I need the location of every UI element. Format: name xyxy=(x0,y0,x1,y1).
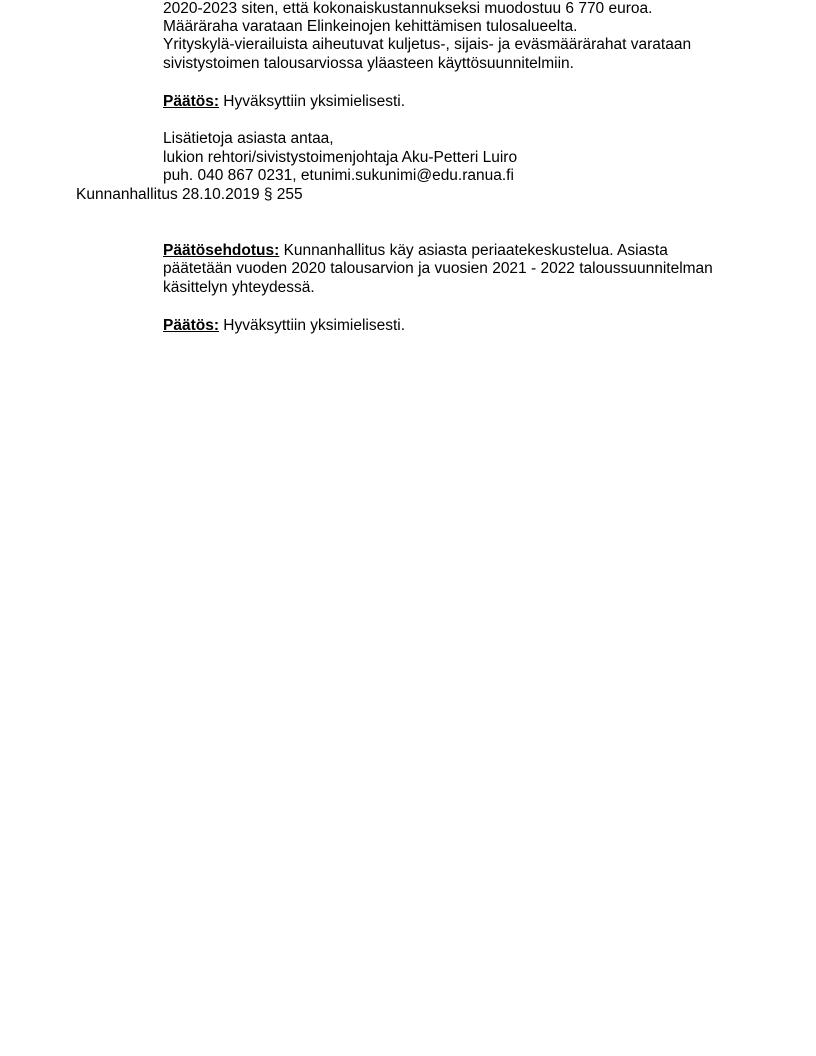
proposal-text-line: päätetään vuoden 2020 talousarvion ja vu… xyxy=(163,260,713,278)
contact-line: Lisätietoja asiasta antaa, xyxy=(163,130,334,148)
decision-paragraph: Päätös: Hyväksyttiin yksimielisesti. xyxy=(163,317,405,335)
proposal-paragraph: Päätösehdotus: Kunnanhallitus käy asiast… xyxy=(163,242,668,260)
meeting-heading: Kunnanhallitus 28.10.2019 § 255 xyxy=(76,186,303,204)
decision-text: Hyväksyttiin yksimielisesti. xyxy=(219,93,405,110)
decision-label: Päätös: xyxy=(163,317,219,334)
proposal-text: Kunnanhallitus käy asiasta periaatekesku… xyxy=(279,242,668,259)
body-text-line: sivistystoimen talousarviossa yläasteen … xyxy=(163,55,574,73)
body-text-line: Määräraha varataan Elinkeinojen kehittäm… xyxy=(163,18,577,36)
contact-line: puh. 040 867 0231, etunimi.sukunimi@edu.… xyxy=(163,167,514,185)
body-text-line: 2020-2023 siten, että kokonaiskustannuks… xyxy=(163,0,652,18)
decision-label: Päätös: xyxy=(163,93,219,110)
contact-line: lukion rehtori/sivistystoimenjohtaja Aku… xyxy=(163,149,517,167)
proposal-label: Päätösehdotus: xyxy=(163,242,279,259)
body-text-line: Yrityskylä-vierailuista aiheutuvat kulje… xyxy=(163,36,691,54)
decision-paragraph: Päätös: Hyväksyttiin yksimielisesti. xyxy=(163,93,405,111)
proposal-text-line: käsittelyn yhteydessä. xyxy=(163,279,315,297)
decision-text: Hyväksyttiin yksimielisesti. xyxy=(219,317,405,334)
